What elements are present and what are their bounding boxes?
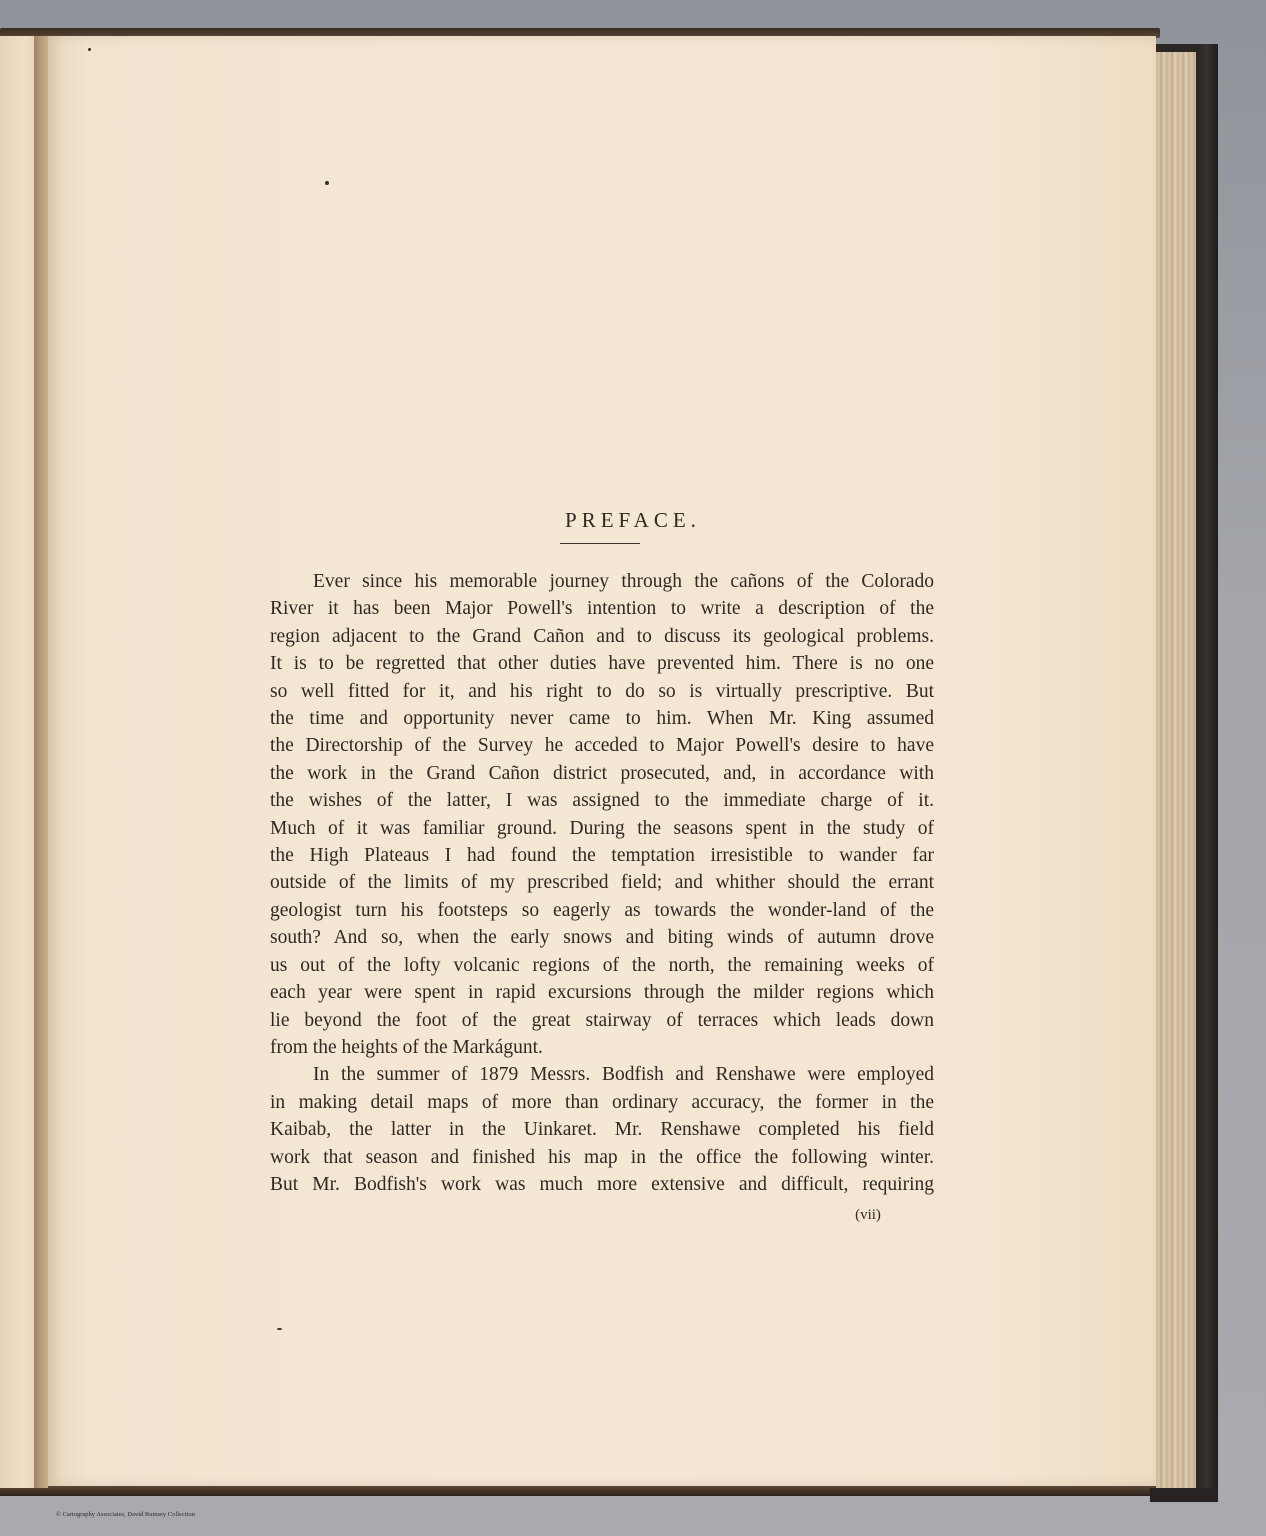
text-line: In the summer of 1879 Messrs. Bodfish an… — [270, 1061, 934, 1088]
text-line: south? And so, when the early snows and … — [270, 924, 934, 951]
text-line: the Directorship of the Survey he accede… — [270, 732, 934, 759]
text-line: outside of the limits of my prescribed f… — [270, 869, 934, 896]
text-line: Much of it was familiar ground. During t… — [270, 815, 934, 842]
text-line: from the heights of the Markágunt. — [270, 1034, 934, 1061]
ink-speck — [277, 1328, 282, 1330]
text-line: each year were spent in rapid excursions… — [270, 979, 934, 1006]
text-line: region adjacent to the Grand Cañon and t… — [270, 623, 934, 650]
ink-speck — [325, 181, 329, 185]
paragraph-2: In the summer of 1879 Messrs. Bodfish an… — [270, 1061, 934, 1198]
text-line: It is to be regretted that other duties … — [270, 650, 934, 677]
preface-body: Ever since his memorable journey through… — [270, 568, 934, 1198]
text-line: Kaibab, the latter in the Uinkaret. Mr. … — [270, 1116, 934, 1143]
book-gutter — [34, 36, 48, 1488]
book-bottom-edge — [0, 1486, 1160, 1496]
text-line: lie beyond the foot of the great stairwa… — [270, 1007, 934, 1034]
text-line: work that season and finished his map in… — [270, 1144, 934, 1171]
paragraph-1: Ever since his memorable journey through… — [270, 568, 934, 1061]
book-cover-spine — [1196, 44, 1218, 1500]
text-line: geologist turn his footsteps so eagerly … — [270, 897, 934, 924]
left-page-sliver — [0, 36, 34, 1488]
text-line: so well fitted for it, and his right to … — [270, 678, 934, 705]
text-line: But Mr. Bodfish's work was much more ext… — [270, 1171, 934, 1198]
text-line: us out of the lofty volcanic regions of … — [270, 952, 934, 979]
text-line: the High Plateaus I had found the tempta… — [270, 842, 934, 869]
text-line: the time and opportunity never came to h… — [270, 705, 934, 732]
text-line: Ever since his memorable journey through… — [270, 568, 934, 595]
text-line: the wishes of the latter, I was assigned… — [270, 787, 934, 814]
ink-speck — [88, 48, 91, 51]
cover-bottom-edge — [1150, 1488, 1218, 1502]
text-line: River it has been Major Powell's intenti… — [270, 595, 934, 622]
copyright-credit: © Cartography Associates, David Rumsey C… — [56, 1511, 195, 1518]
page-title: PREFACE. — [0, 508, 1266, 533]
text-line: the work in the Grand Cañon district pro… — [270, 760, 934, 787]
title-rule-divider — [560, 543, 640, 544]
text-line: in making detail maps of more than ordin… — [270, 1089, 934, 1116]
page-number: (vii) — [838, 1207, 898, 1224]
